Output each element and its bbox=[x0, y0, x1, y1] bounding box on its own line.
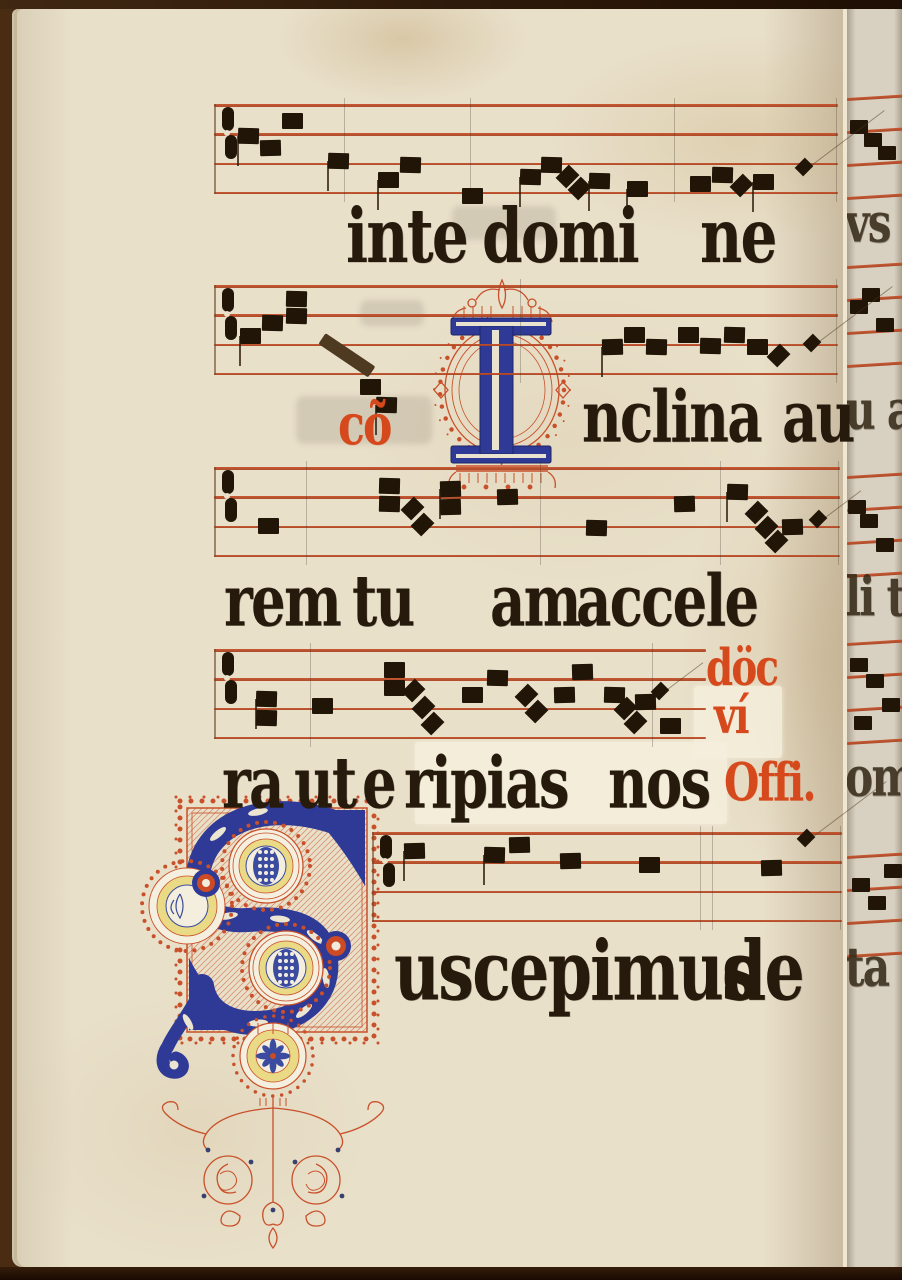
facing-text-fragment: u am bbox=[847, 383, 902, 438]
neume-square bbox=[782, 519, 803, 536]
neume-square bbox=[624, 327, 645, 343]
neume-square bbox=[646, 339, 667, 356]
staff-line bbox=[214, 467, 840, 470]
facing-neume-square bbox=[848, 500, 866, 514]
rubric-text: ví bbox=[714, 692, 748, 742]
neume-square bbox=[690, 176, 711, 192]
neume-square bbox=[487, 670, 508, 687]
staff-guide-line bbox=[712, 826, 713, 930]
neume-square bbox=[260, 140, 281, 157]
staff-line bbox=[214, 163, 838, 166]
staff-guide-line bbox=[720, 461, 721, 565]
neume-square bbox=[240, 328, 261, 344]
chant-word: ra bbox=[222, 748, 283, 819]
staff-guide-line bbox=[310, 643, 311, 747]
neume-square bbox=[554, 687, 575, 704]
neume-square bbox=[282, 113, 303, 129]
chant-word: accele bbox=[576, 566, 757, 637]
facing-neume-square bbox=[854, 716, 872, 730]
staff-guide-line bbox=[520, 279, 521, 383]
facing-staff-line bbox=[847, 262, 902, 268]
neume-square bbox=[761, 860, 782, 877]
c-clef-icon bbox=[382, 858, 388, 864]
c-clef-icon bbox=[380, 835, 392, 859]
chant-word: ut bbox=[294, 748, 355, 819]
staff-guide-line bbox=[838, 461, 839, 565]
facing-neume-square bbox=[884, 864, 902, 878]
staff-line bbox=[214, 678, 706, 681]
chant-word: uscepimus bbox=[394, 930, 756, 1012]
neume-square bbox=[639, 857, 660, 873]
staff-terminal-line bbox=[372, 832, 374, 922]
c-clef-icon bbox=[225, 135, 237, 159]
staff-guide-line bbox=[306, 461, 307, 565]
c-clef-icon bbox=[222, 107, 234, 131]
neume-square bbox=[258, 518, 279, 534]
staff-guide-line bbox=[344, 98, 345, 202]
facing-neume-square bbox=[882, 698, 900, 712]
staff-guide-line bbox=[836, 279, 837, 383]
chant-word: am bbox=[490, 566, 580, 637]
illuminated-initial-S bbox=[108, 782, 408, 1262]
neume-square bbox=[256, 691, 277, 708]
c-clef-icon bbox=[224, 311, 230, 317]
staff-line bbox=[372, 891, 842, 894]
neume-square bbox=[462, 687, 483, 703]
facing-neume-square bbox=[866, 674, 884, 688]
facing-neume-square bbox=[850, 120, 868, 134]
binding-top-edge bbox=[0, 0, 902, 9]
facing-neume-square bbox=[864, 133, 882, 147]
binding-bottom-edge bbox=[0, 1267, 902, 1280]
facing-staff-line bbox=[847, 160, 902, 166]
staff-line bbox=[214, 104, 838, 107]
neume-square bbox=[560, 853, 581, 870]
facing-staff-line bbox=[847, 94, 902, 100]
chant-word: nos bbox=[608, 748, 710, 819]
neume-square bbox=[660, 718, 681, 734]
facing-staff-line bbox=[847, 639, 902, 645]
rubric-text: Offi. bbox=[724, 756, 815, 808]
c-clef-icon bbox=[222, 470, 234, 494]
facing-neume-square bbox=[876, 538, 894, 552]
c-clef-icon bbox=[224, 675, 230, 681]
facing-staff-line bbox=[847, 472, 902, 478]
chant-word: e bbox=[362, 748, 395, 819]
facing-neume-square bbox=[868, 896, 886, 910]
chant-word: au bbox=[782, 382, 854, 453]
neume-square bbox=[602, 339, 623, 356]
neume-square bbox=[384, 662, 405, 678]
facing-staff-line bbox=[847, 361, 902, 367]
facing-neume-square bbox=[860, 514, 878, 528]
facing-text-fragment: omen bbox=[847, 750, 902, 805]
facing-text-fragment: vs bbox=[847, 196, 890, 251]
facing-neume-square bbox=[878, 146, 896, 160]
staff-guide-line bbox=[540, 461, 541, 565]
chant-word: inte bbox=[346, 198, 467, 273]
neume-square bbox=[747, 339, 768, 355]
manuscript-photo: vsu amli tuomenta ccl bbox=[0, 0, 902, 1280]
illuminated-initial-I bbox=[428, 276, 593, 506]
neume-square bbox=[256, 710, 277, 727]
neume-square bbox=[586, 520, 607, 537]
staff-line bbox=[214, 285, 838, 288]
facing-staff-line bbox=[847, 852, 902, 858]
neume-square bbox=[497, 489, 518, 506]
facing-neume-square bbox=[852, 878, 870, 892]
neume-square bbox=[509, 837, 530, 854]
show-through-ghost bbox=[360, 300, 424, 326]
neume-square bbox=[262, 315, 283, 332]
neume-square bbox=[384, 680, 405, 696]
staff-line bbox=[214, 344, 838, 347]
chant-word: rem bbox=[224, 566, 340, 637]
c-clef-icon bbox=[225, 316, 237, 340]
staff-line bbox=[214, 526, 840, 529]
neume-square bbox=[400, 157, 421, 174]
neume-square bbox=[712, 167, 733, 184]
staff-guide-line bbox=[836, 98, 837, 202]
neume-square bbox=[286, 308, 307, 325]
chant-word: ne bbox=[700, 198, 776, 273]
staff-terminal-line bbox=[214, 285, 216, 375]
neume-square bbox=[678, 327, 699, 343]
neume-square bbox=[440, 499, 461, 516]
neume-square bbox=[286, 291, 307, 308]
neume-square bbox=[440, 481, 461, 498]
facing-staff-line bbox=[847, 738, 902, 744]
neume-square bbox=[238, 128, 259, 145]
staff-line bbox=[214, 649, 706, 652]
facing-text-fragment: li tu bbox=[847, 570, 902, 625]
c-clef-icon bbox=[222, 652, 234, 676]
staff-line bbox=[372, 832, 842, 835]
facing-staff-line bbox=[847, 918, 902, 924]
neume-square bbox=[589, 173, 610, 190]
neume-square bbox=[753, 174, 774, 190]
neume-square bbox=[724, 327, 745, 344]
c-clef-icon bbox=[383, 863, 395, 887]
c-clef-icon bbox=[225, 680, 237, 704]
facing-neume-square bbox=[876, 318, 894, 332]
neume-square bbox=[378, 172, 399, 188]
facing-neume-square bbox=[862, 288, 880, 302]
neume-square bbox=[572, 664, 593, 681]
neume-square bbox=[379, 496, 400, 513]
staff-guide-line bbox=[840, 826, 841, 930]
chant-word: nclina bbox=[582, 382, 761, 453]
neume-square bbox=[727, 484, 748, 501]
facing-text-fragment: ta ccl bbox=[847, 940, 902, 995]
recto-page-edge: vsu amli tuomenta ccl bbox=[847, 9, 902, 1267]
facing-neume-square bbox=[850, 658, 868, 672]
c-clef-icon bbox=[225, 498, 237, 522]
neume-square bbox=[700, 338, 721, 355]
neume-square bbox=[328, 153, 349, 170]
chant-word: de bbox=[722, 930, 803, 1012]
neume-square bbox=[520, 169, 541, 186]
neume-square bbox=[674, 496, 695, 513]
neume-square bbox=[635, 694, 656, 711]
neume-square bbox=[404, 843, 425, 860]
staff-guide-line bbox=[674, 98, 675, 202]
c-clef-icon bbox=[222, 288, 234, 312]
staff-line bbox=[214, 314, 838, 317]
neume-square bbox=[484, 847, 505, 864]
staff-guide-line bbox=[700, 826, 701, 930]
staff-terminal-line bbox=[214, 104, 216, 194]
staff-terminal-line bbox=[214, 467, 216, 557]
staff-guide-line bbox=[470, 98, 471, 202]
chant-word: domi bbox=[482, 198, 638, 273]
chant-word: tu bbox=[352, 566, 413, 637]
chant-word: ripias bbox=[404, 748, 568, 819]
c-clef-icon bbox=[224, 130, 230, 136]
rubric-text: cõ bbox=[338, 396, 391, 453]
neume-square bbox=[541, 157, 562, 174]
staff-terminal-line bbox=[214, 649, 216, 739]
c-clef-icon bbox=[224, 493, 230, 499]
neume-square bbox=[379, 478, 400, 495]
neume-square bbox=[312, 698, 333, 714]
staff-line bbox=[214, 133, 838, 136]
